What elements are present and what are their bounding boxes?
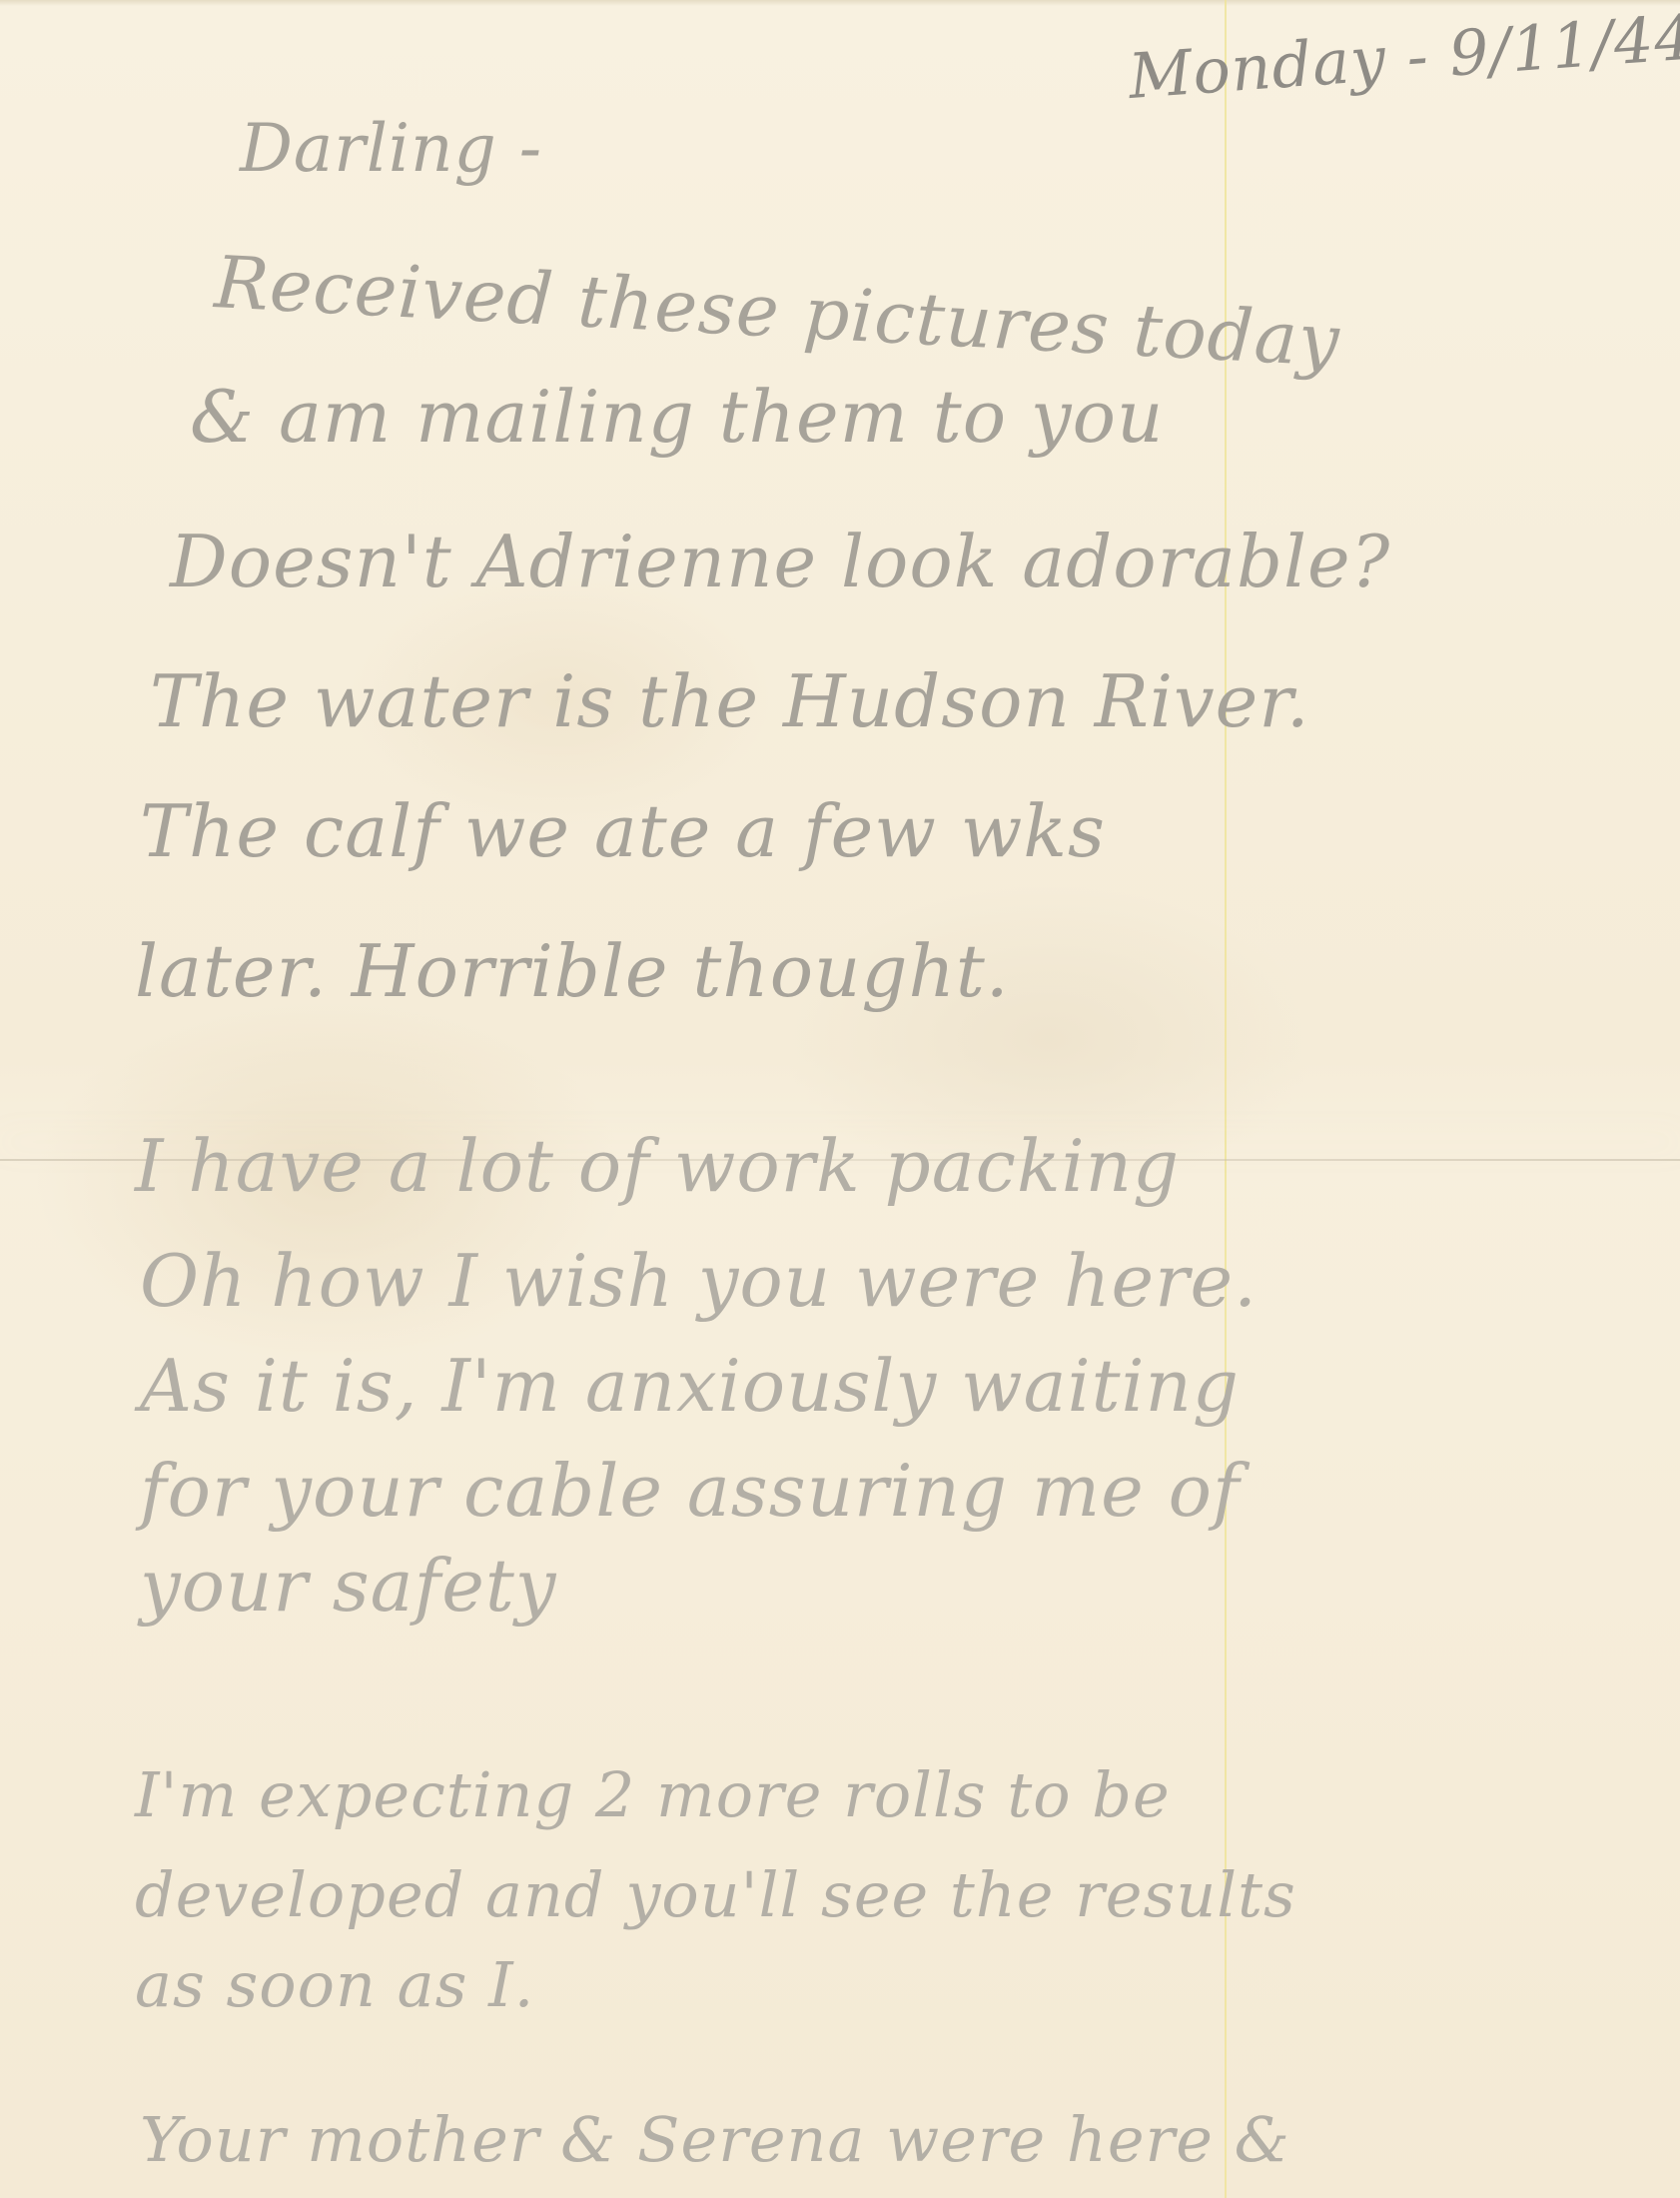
letter-line: Doesn't Adrienne look adorable? bbox=[170, 520, 1390, 603]
letter-line: developed and you'll see the results bbox=[135, 1858, 1296, 1931]
letter-line: as soon as I. bbox=[135, 1948, 534, 2021]
letter-line: The water is the Hudson River. bbox=[150, 659, 1310, 743]
letter-line: The calf we ate a few wks bbox=[140, 789, 1106, 873]
letter-line: Oh how I wish you were here. bbox=[140, 1239, 1258, 1323]
letter-line: I'm expecting 2 more rolls to be bbox=[135, 1758, 1171, 1831]
letter-line: later. Horrible thought. bbox=[135, 929, 1010, 1013]
letter-line: As it is, I'm anxiously waiting bbox=[140, 1344, 1240, 1428]
paper-top-edge bbox=[0, 0, 1680, 6]
letter-line: I have a lot of work packing bbox=[135, 1124, 1180, 1208]
letter-line: your safety bbox=[140, 1544, 556, 1628]
letter-line: for your cable assuring me of bbox=[140, 1449, 1241, 1533]
letter-salutation: Darling - bbox=[240, 110, 542, 187]
letter-line: & am mailing them to you bbox=[190, 375, 1164, 459]
letter-line: Your mother & Serena were here & bbox=[140, 2103, 1290, 2176]
